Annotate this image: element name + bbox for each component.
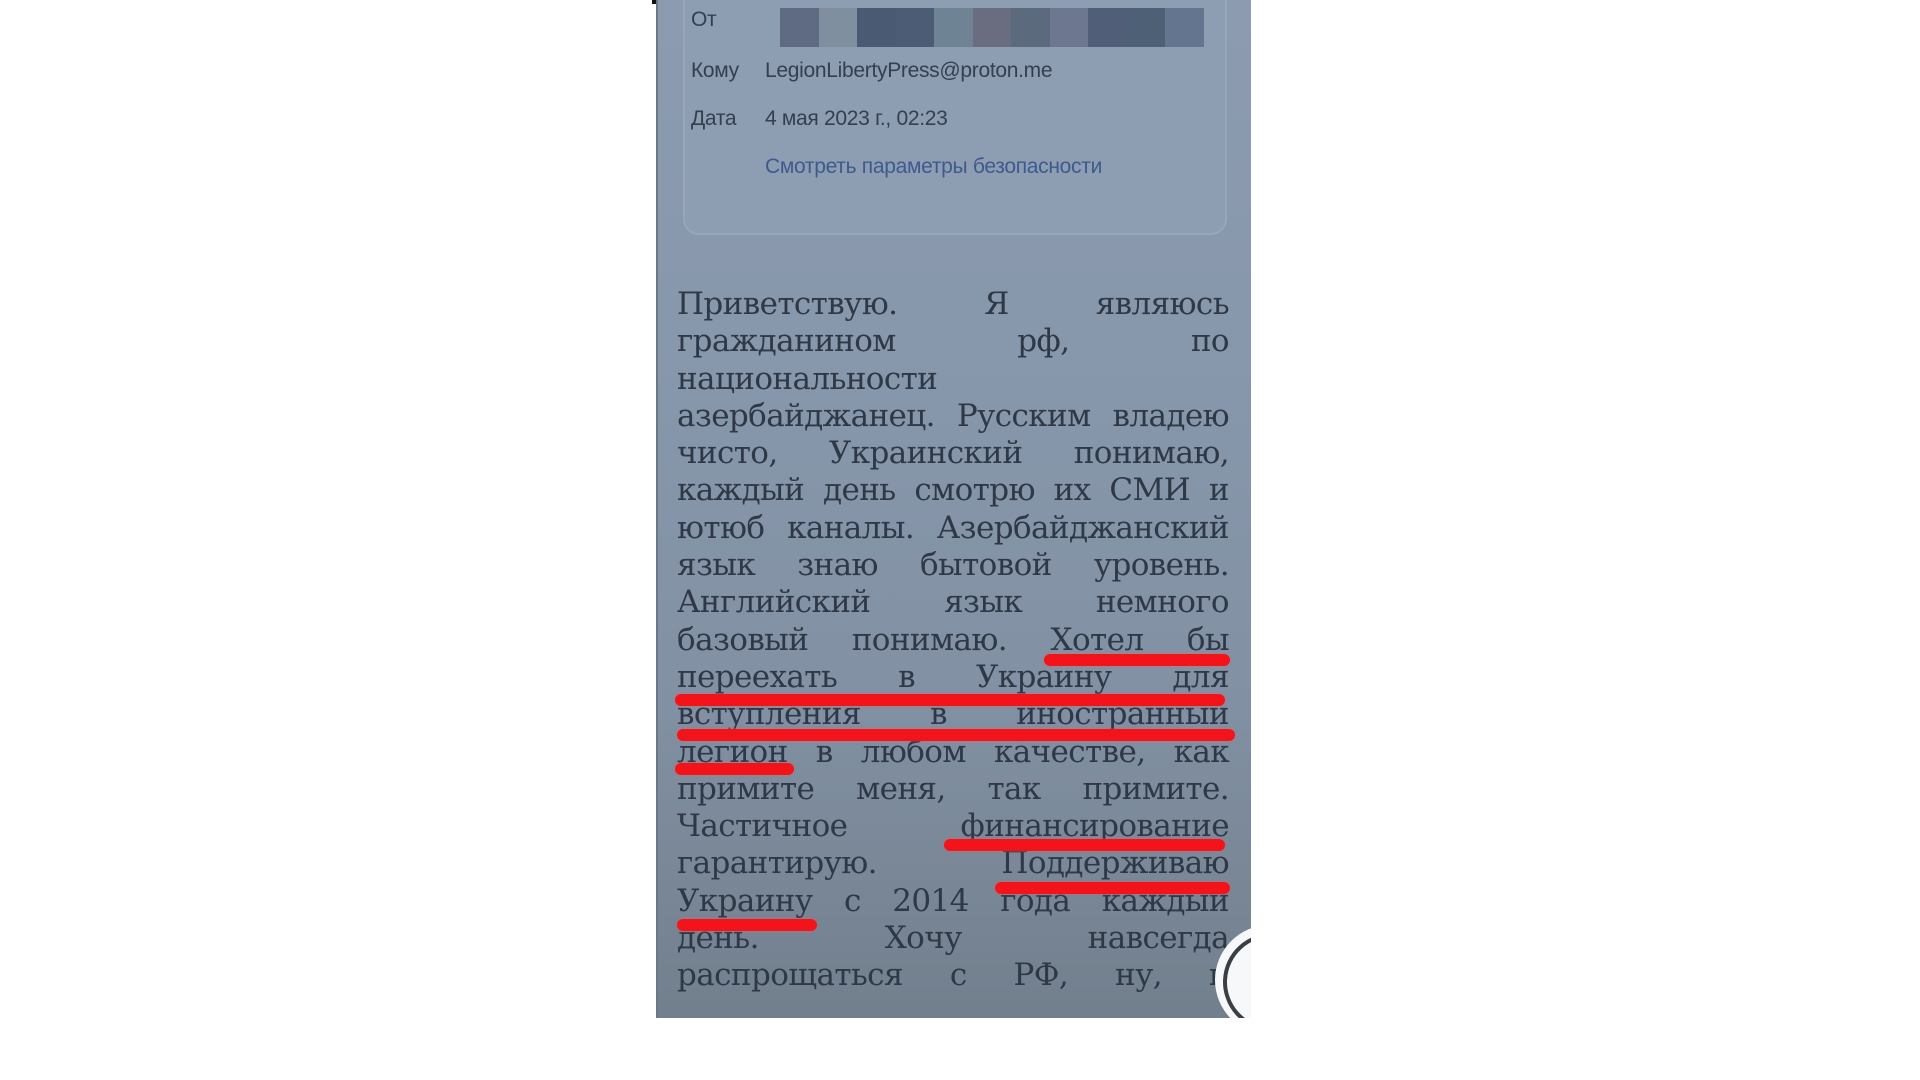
highlight-underline [944, 839, 1225, 851]
body-word: являюсь [1096, 286, 1229, 323]
highlight-underline [675, 694, 1225, 706]
body-word: примите. [1082, 771, 1229, 808]
body-word: Приветствую. [677, 286, 897, 323]
body-line: азербайджанец.Русскимвладею [677, 398, 1229, 435]
body-word: ютюб [677, 510, 764, 547]
body-word: каналы. [787, 510, 914, 547]
highlight-underline [995, 882, 1230, 894]
redaction-block [1050, 8, 1089, 47]
redaction-block [1011, 8, 1050, 47]
body-word: Английский [677, 584, 870, 621]
body-word: Я [984, 286, 1008, 323]
body-word: каждый [677, 472, 804, 509]
body-word: Азербайджанский [937, 510, 1229, 547]
highlight-underline [675, 763, 794, 775]
body-line: каждыйденьсмотрюихСМИи [677, 472, 1229, 509]
body-word: Частичное [677, 808, 847, 845]
body-word: уровень. [1094, 547, 1229, 584]
body-line: Английскийязыкнемного [677, 584, 1229, 621]
to-label: Кому [691, 59, 739, 83]
body-word: язык [944, 584, 1022, 621]
body-word: понимаю, [1074, 435, 1229, 472]
body-word: чисто, [677, 435, 778, 472]
from-label: От [691, 8, 716, 32]
redacted-sender [780, 8, 1204, 47]
body-word: немного [1096, 584, 1229, 621]
body-word: их [1054, 472, 1091, 509]
email-screenshot: От Кому LegionLibertyPress@proton.me Дат… [656, 0, 1251, 1018]
body-word: Хочу [885, 920, 962, 957]
redaction-block [819, 8, 858, 47]
body-line: примитеменя,такпримите. [677, 771, 1229, 808]
body-word: базовый [677, 622, 808, 659]
security-settings-link[interactable]: Смотреть параметры безопасности [765, 155, 1102, 179]
body-word: меня, [856, 771, 946, 808]
body-word: Украину [677, 883, 812, 920]
body-line: национальности [677, 361, 1229, 398]
redaction-block [1088, 8, 1127, 47]
body-word: РФ, [1013, 957, 1068, 994]
body-word: и [1209, 472, 1229, 509]
body-line: распрощатьсясРФ,ну,п [677, 957, 1229, 994]
body-word: так [987, 771, 1040, 808]
highlight-underline [1044, 654, 1230, 666]
body-word: по [1191, 323, 1229, 360]
body-word: Русским [957, 398, 1091, 435]
body-word: с [844, 883, 861, 920]
body-word: язык [677, 547, 755, 584]
body-word: национальности [677, 361, 937, 398]
body-word: навсегда [1088, 920, 1229, 957]
body-word: день [823, 472, 896, 509]
body-line: ютюбканалы.Азербайджанский [677, 510, 1229, 547]
highlight-underline [677, 729, 1235, 741]
body-word: Поддерживаю [1001, 845, 1229, 882]
redaction-block [934, 8, 973, 47]
body-word: рф, [1017, 323, 1069, 360]
redaction-block [896, 8, 935, 47]
body-word: распрощаться [677, 957, 903, 994]
body-word: 2014 [892, 883, 969, 920]
body-word: Украинский [829, 435, 1023, 472]
date-label: Дата [691, 107, 736, 131]
body-word: ну, [1115, 957, 1162, 994]
body-word: гражданином [677, 323, 896, 360]
body-word: переехать [677, 659, 837, 696]
body-word: гарантирую. [677, 845, 877, 882]
body-line: чисто,Украинскийпонимаю, [677, 435, 1229, 472]
to-address[interactable]: LegionLibertyPress@proton.me [765, 59, 1052, 83]
date-value: 4 мая 2023 г., 02:23 [765, 107, 948, 131]
body-line: гарантирую.Поддерживаю [677, 845, 1229, 882]
redaction-block [780, 8, 819, 47]
redaction-block [1165, 8, 1204, 47]
body-line: гражданиномрф,по [677, 323, 1229, 360]
body-word: азербайджанец. [677, 398, 935, 435]
body-word: СМИ [1109, 472, 1190, 509]
body-word: владею [1113, 398, 1229, 435]
body-word: с [950, 957, 967, 994]
body-word: понимаю. [852, 622, 1007, 659]
redaction-block [973, 8, 1012, 47]
highlight-underline [677, 919, 817, 931]
body-word: знаю [797, 547, 878, 584]
redaction-block [1127, 8, 1166, 47]
body-word: примите [677, 771, 814, 808]
body-word: смотрю [914, 472, 1035, 509]
body-word: в [898, 659, 915, 696]
body-word: бытовой [920, 547, 1052, 584]
redaction-block [857, 8, 896, 47]
body-line: Приветствую.Яявляюсь [677, 286, 1229, 323]
body-line: языкзнаюбытовойуровень. [677, 547, 1229, 584]
